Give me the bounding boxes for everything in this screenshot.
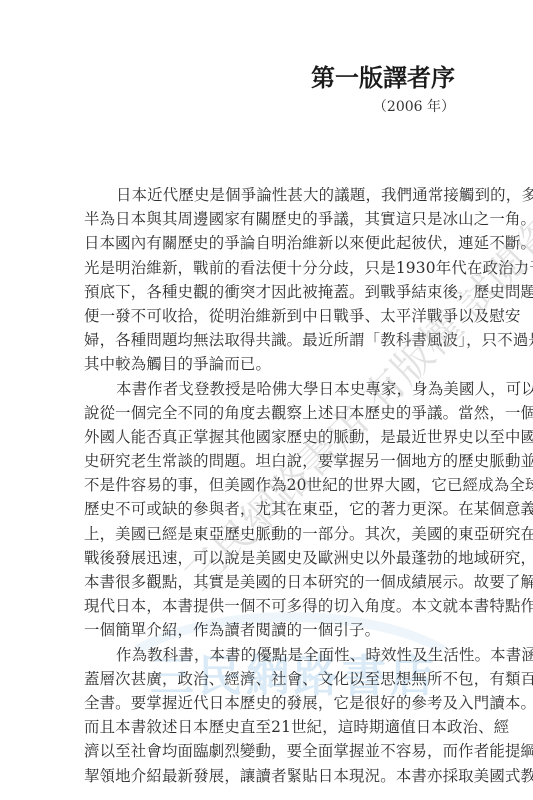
text-line: 而且本書敘述日本歷史直至21世紀，這時期適值日本政治、經 xyxy=(84,715,460,739)
text-line: 半為日本與其周邊國家有關歷史的爭議，其實這只是冰山之一角。 xyxy=(84,207,460,231)
text-line: 光是明治維新，戰前的看法便十分分歧，只是1930年代在政治力干 xyxy=(84,256,460,280)
text-line: 本書很多觀點，其實是美國的日本研究的一個成績展示。故要了解 xyxy=(84,570,460,594)
text-line: 預底下，各種史觀的衝突才因此被掩蓋。到戰爭結束後，歷史問題 xyxy=(84,280,460,304)
text-line: 現代日本，本書提供一個不可多得的切入角度。本文就本書特點作 xyxy=(84,594,460,618)
text-line: 便一發不可收拾，從明治維新到中日戰爭、太平洋戰爭以及慰安 xyxy=(84,304,460,328)
text-line: 作為教科書，本書的優點是全面性、時效性及生活性。本書涵 xyxy=(84,643,460,667)
text-line: 日本國內有關歷史的爭論自明治維新以來便此起彼伏，連延不斷。 xyxy=(84,231,460,255)
document-page: 第一版譯者序 （2006 年） 三民網路書店 日本近代歷史是個爭論性甚大的議題，… xyxy=(0,0,533,800)
text-line: 戰後發展迅速，可以說是美國史及歐洲史以外最蓬勃的地域研究， xyxy=(84,546,460,570)
text-line: 挈領地介紹最新發展，讓讀者緊貼日本現況。本書亦採取美國式教 xyxy=(84,764,460,788)
text-line: 日本近代歷史是個爭論性甚大的議題，我們通常接觸到的，多 xyxy=(84,183,460,207)
text-line: 歷史不可或缺的參與者，尤其在東亞，它的著力更深。在某個意義 xyxy=(84,497,460,521)
body-text: 日本近代歷史是個爭論性甚大的議題，我們通常接觸到的，多 半為日本與其周邊國家有關… xyxy=(84,183,460,788)
text-line: 其中較為觸目的爭論而已。 xyxy=(84,352,460,376)
text-line: 不是件容易的事，但美國作為20世紀的世界大國，它已經成為全球 xyxy=(84,473,460,497)
text-line: 婦，各種問題均無法取得共識。最近所謂「教科書風波」，只不過是 xyxy=(84,328,460,352)
page-title: 第一版譯者序 xyxy=(311,58,455,93)
text-line: 本書作者戈登教授是哈佛大學日本史專家，身為美國人，可以 xyxy=(84,377,460,401)
text-line: 蓋層次甚廣，政治、經濟、社會、文化以至思想無所不包，有類百科 xyxy=(84,667,460,691)
page-subtitle-year: （2006 年） xyxy=(373,96,455,116)
text-line: 一個簡單介紹，作為讀者閱讀的一個引子。 xyxy=(84,618,460,642)
text-line: 史研究老生常談的問題。坦白說，要掌握另一個地方的歷史脈動並 xyxy=(84,449,460,473)
text-line: 說從一個完全不同的角度去觀察上述日本歷史的爭議。當然，一個 xyxy=(84,401,460,425)
text-line: 全書。要掌握近代日本歷史的發展，它是很好的參考及入門讀本。 xyxy=(84,691,460,715)
text-line: 外國人能否真正掌握其他國家歷史的脈動，是最近世界史以至中國 xyxy=(84,425,460,449)
text-line: 上，美國已經是東亞歷史脈動的一部分。其次，美國的東亞研究在 xyxy=(84,522,460,546)
text-line: 濟以至社會均面臨劇烈變動，要全面掌握並不容易，而作者能提綱 xyxy=(84,739,460,763)
